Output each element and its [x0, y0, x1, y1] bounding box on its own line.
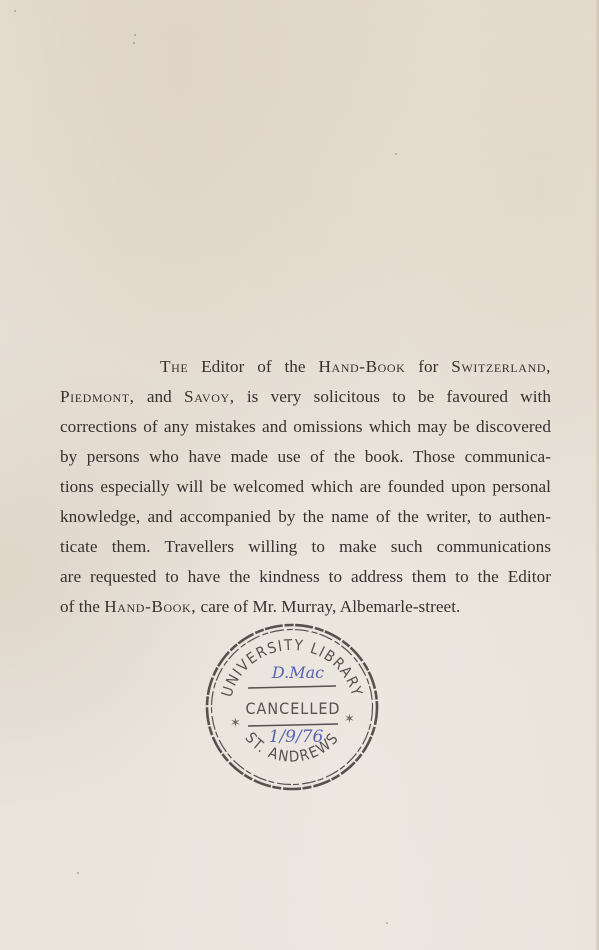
notice-line: The Editor of the Hand-Book for Switzerl…	[60, 352, 551, 382]
text-run: for	[405, 357, 451, 376]
handwritten-date: 1/9/76	[269, 727, 324, 747]
text-run: ticate them. Travellers willing to make …	[60, 537, 551, 556]
text-run: Editor of the	[188, 357, 318, 376]
text-run: of the	[60, 597, 104, 616]
small-caps-text: Hand-Book	[318, 357, 405, 376]
paper-speck	[133, 42, 135, 44]
paper-speck	[134, 34, 136, 36]
notice-line: Piedmont, and Savoy, is very solicitous …	[60, 382, 551, 412]
text-run: is very solicitous to be favoured with	[235, 387, 551, 406]
svg-text:✶: ✶	[230, 716, 241, 731]
small-caps-text: Hand-Book,	[104, 597, 196, 616]
notice-line: corrections of any mistakes and omission…	[60, 412, 551, 442]
stamp-cancelled-text: CANCELLED	[245, 699, 340, 718]
paper-speck	[386, 922, 388, 924]
notice-line: are requested to have the kindness to ad…	[60, 562, 551, 592]
small-caps-text: Switzerland,	[451, 357, 551, 376]
editor-notice-paragraph: The Editor of the Hand-Book for Switzerl…	[60, 352, 551, 622]
text-run: tions especially will be welcomed which …	[60, 477, 551, 496]
small-caps-text: Savoy,	[184, 387, 235, 406]
notice-line: ticate them. Travellers willing to make …	[60, 532, 551, 562]
text-run: are requested to have the kindness to ad…	[60, 567, 551, 586]
text-run: corrections of any mistakes and omission…	[60, 417, 551, 436]
paper-speck	[395, 153, 397, 155]
svg-text:✶: ✶	[344, 712, 355, 727]
page-edge	[595, 0, 599, 950]
notice-line: knowledge, and accompanied by the name o…	[60, 502, 551, 532]
paper-speck	[77, 872, 79, 874]
small-caps-text: The	[160, 357, 188, 376]
handwritten-initials: D.Mac	[271, 663, 324, 682]
notice-line: tions especially will be welcomed which …	[60, 472, 551, 502]
text-run: and	[135, 387, 184, 406]
text-run: care of Mr. Murray, Albemarle-street.	[196, 597, 460, 616]
text-run: knowledge, and accompanied by the name o…	[60, 507, 551, 526]
small-caps-text: Piedmont,	[60, 387, 135, 406]
text-run: by persons who have made use of the book…	[60, 447, 551, 466]
notice-line: by persons who have made use of the book…	[60, 442, 551, 472]
paper-speck	[14, 10, 16, 12]
library-cancelled-stamp: UNIVERSITY LIBRARY ST. ANDREWS CANCELLED…	[204, 622, 380, 792]
notice-line: of the Hand-Book, care of Mr. Murray, Al…	[60, 592, 551, 622]
